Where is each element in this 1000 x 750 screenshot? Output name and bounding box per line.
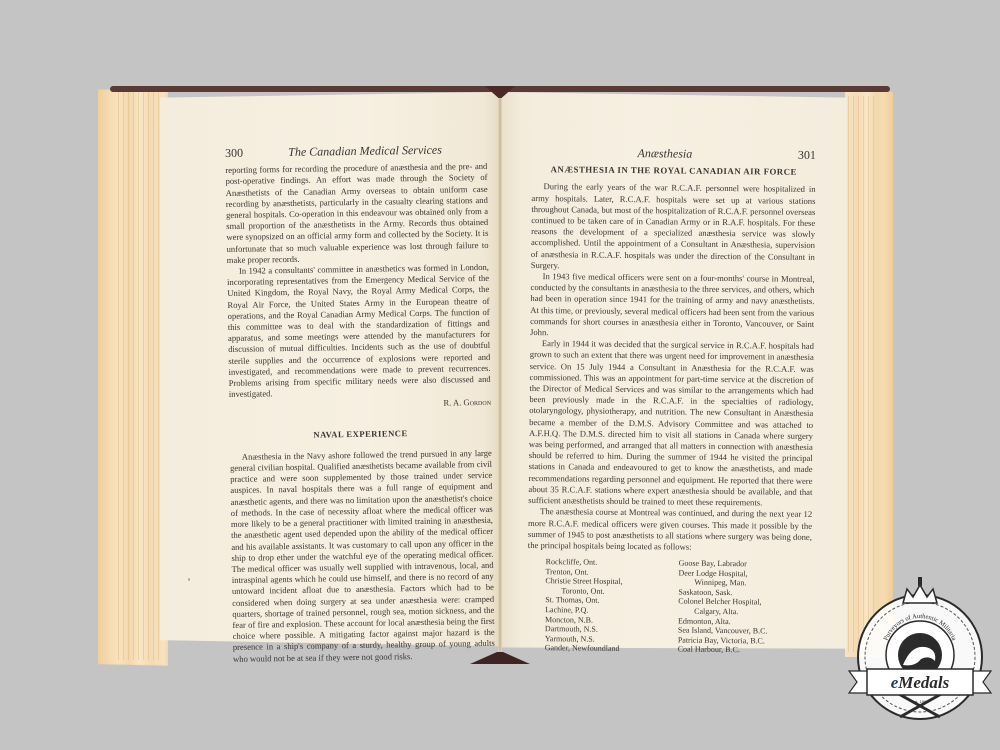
established-text: Est. 1997 — [912, 699, 930, 704]
paragraph: In 1942 a consultants' committee in anæs… — [227, 262, 491, 401]
emedals-watermark-logo: Purveyors of Authentic Militaria eMedals… — [845, 575, 995, 725]
section-heading-rcaf: ANÆSTHESIA IN THE ROYAL CANADIAN AIR FOR… — [532, 164, 816, 178]
book-gutter — [498, 96, 502, 656]
crown-icon — [903, 577, 937, 603]
hospital-item: Coal Harbour, B.C. — [678, 645, 811, 656]
paragraph: During the early years of the war R.C.A.… — [531, 181, 816, 274]
paper-speck — [188, 578, 190, 581]
hospital-list: Rockcliffe, Ont.Trenton, Ont.Christie St… — [545, 557, 812, 656]
brand-name: eMedals — [891, 673, 950, 692]
right-page-text: Anæsthesia 301 ANÆSTHESIA IN THE ROYAL C… — [527, 147, 816, 656]
page-number-left: 300 — [225, 148, 243, 159]
paragraph: Early in 1944 it was decided that the su… — [528, 338, 814, 509]
right-page-edge-lines — [848, 96, 878, 652]
right-running-head: Anæsthesia 301 — [532, 147, 816, 161]
left-page-edge-lines — [118, 92, 163, 660]
hospital-column-left: Rockcliffe, Ont.Trenton, Ont.Christie St… — [545, 557, 679, 654]
paragraph: The anæsthesia course at Montreal was co… — [528, 506, 812, 554]
hospital-column-right: Goose Bay, LabradorDeer Lodge Hospital,W… — [678, 559, 812, 656]
paragraph: In 1943 five medical officers were sent … — [530, 271, 815, 341]
photo-scene: 300 The Canadian Medical Services report… — [0, 0, 1000, 750]
page-number-right: 301 — [798, 150, 816, 161]
hospital-item: Gander, Newfoundland — [545, 644, 678, 655]
left-page-text: 300 The Canadian Medical Services report… — [225, 144, 495, 665]
paragraph: reporting forms for recording the proced… — [225, 161, 489, 266]
paragraph: Anæsthesia in the Navy ashore followed t… — [230, 448, 495, 665]
running-title-right: Anæsthesia — [532, 147, 798, 161]
section-heading-naval: NAVAL EXPERIENCE — [229, 427, 491, 442]
